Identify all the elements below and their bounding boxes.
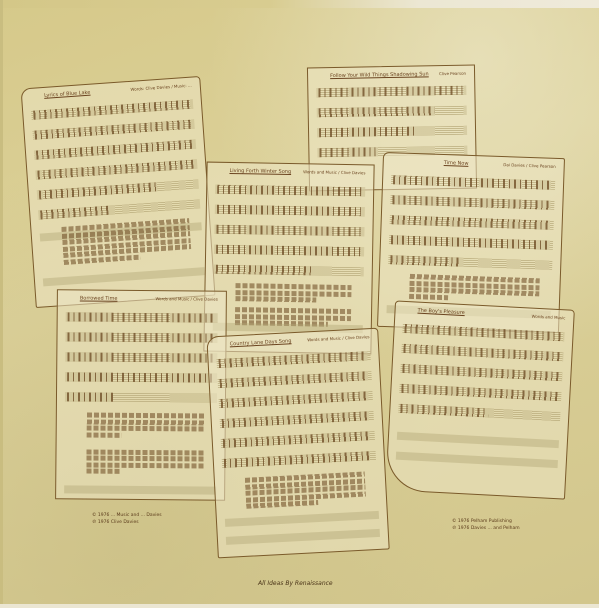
sheet-credit: Dai Davies / Clive Pearson <box>503 162 556 169</box>
sheet-center-bottom: Country Lane Days Song Words and Music /… <box>206 328 389 559</box>
sheet-title: Country Lane Days Song <box>230 338 292 347</box>
sheet-credit: Words and Music / Clive Davies <box>307 334 370 342</box>
sheet-left-bottom: Borrowed Time Words and Music / Clive Da… <box>55 289 227 500</box>
sheet-credit: Words and Music / Clive Davies <box>303 169 365 175</box>
credits-left: © 1976 ... Music and ... Davies ℗ 1976 C… <box>92 512 162 526</box>
sheet-title: Lyrics of Blue Lake <box>44 90 91 99</box>
sheet-credit: Clive Pearson <box>439 71 466 76</box>
sheet-title: Living Forth Winter Song <box>229 168 291 175</box>
sheet-center: Living Forth Winter Song Words and Music… <box>203 162 374 355</box>
footer-credit: All Ideas By Renaissance <box>258 580 333 587</box>
sleeve-left-edge <box>0 0 3 608</box>
sheet-credit: Words and Music / Clive Davies <box>155 296 217 302</box>
sheet-right-bottom: The Boy's Pleasure Words and Music <box>385 300 575 499</box>
sheet-title: The Boy's Pleasure <box>417 308 464 316</box>
sheet-credit: Words: Clive Davies / Music: ... <box>130 83 192 92</box>
sheet-title: Follow Your Wild Things Shadowing Sun <box>330 71 429 79</box>
sheet-title: Time Now <box>444 160 469 167</box>
credits-right: © 1976 Pelham Publishing ℗ 1976 Davies .… <box>452 518 520 532</box>
sleeve-top-edge <box>0 0 599 8</box>
sheet-title: Borrowed Time <box>80 295 118 301</box>
sheet-top-left: Lyrics of Blue Lake Words: Clive Davies … <box>21 76 216 308</box>
sheet-credit: Words and Music <box>532 314 566 321</box>
sleeve-bottom-edge <box>0 604 599 608</box>
